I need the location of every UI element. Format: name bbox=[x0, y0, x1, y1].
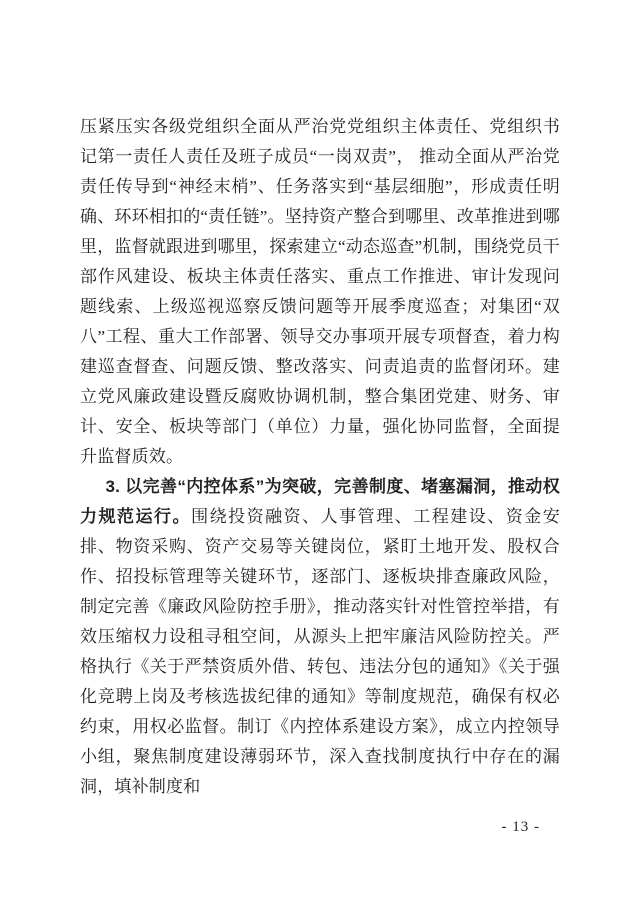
paragraph-item-3: 3. 以完善“内控体系”为突破，完善制度、堵塞漏洞，推动权力规范运行。围绕投资融… bbox=[80, 472, 560, 802]
paragraph-text: 压紧压实各级党组织全面从严治党党组织主体责任、党组织书记第一责任人责任及班子成员… bbox=[80, 117, 560, 466]
paragraph-text: 围绕投资融资、人事管理、工程建设、资金安排、物资采购、资产交易等关键岗位，紧盯土… bbox=[80, 507, 560, 796]
document-body: 压紧压实各级党组织全面从严治党党组织主体责任、党组织书记第一责任人责任及班子成员… bbox=[80, 112, 560, 802]
page-number: - 13 - bbox=[502, 816, 541, 838]
paragraph-continuation: 压紧压实各级党组织全面从严治党党组织主体责任、党组织书记第一责任人责任及班子成员… bbox=[80, 112, 560, 472]
document-page: 压紧压实各级党组织全面从严治党党组织主体责任、党组织书记第一责任人责任及班子成员… bbox=[0, 0, 636, 900]
